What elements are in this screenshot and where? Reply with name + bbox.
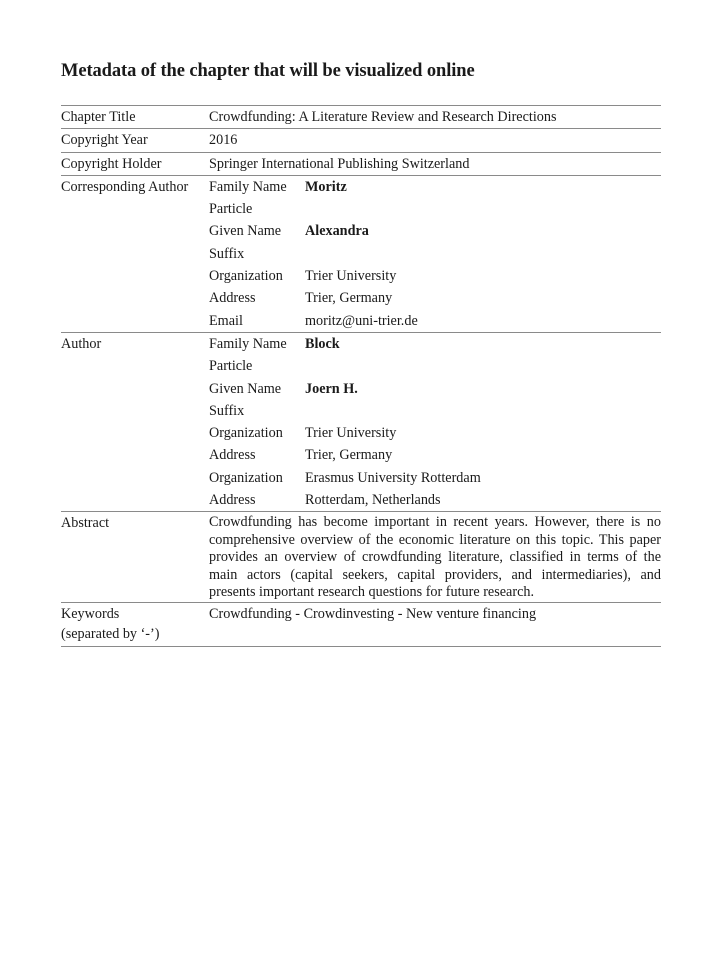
field-value	[305, 400, 661, 422]
field-key: Organization	[209, 422, 305, 444]
field-row: OrganizationTrier University	[209, 265, 661, 287]
row-corresponding-author: Corresponding Author Family NameMoritzPa…	[61, 175, 661, 332]
field-value: Rotterdam, Netherlands	[305, 489, 661, 511]
field-value: Trier University	[305, 265, 661, 287]
row-abstract: Abstract Crowdfunding has become importa…	[61, 511, 661, 602]
value-copyright-holder: Springer International Publishing Switze…	[209, 153, 661, 175]
field-key: Family Name	[209, 176, 305, 198]
field-key: Suffix	[209, 400, 305, 422]
label-keywords-line1: Keywords	[61, 604, 209, 624]
metadata-table: Chapter Title Crowdfunding: A Literature…	[61, 105, 661, 647]
field-value	[305, 355, 661, 377]
label-keywords: Keywords (separated by ‘-’)	[61, 603, 209, 646]
field-key: Email	[209, 310, 305, 332]
field-key: Organization	[209, 467, 305, 489]
field-value	[305, 198, 661, 220]
row-chapter-title: Chapter Title Crowdfunding: A Literature…	[61, 105, 661, 128]
value-chapter-title: Crowdfunding: A Literature Review and Re…	[209, 106, 661, 128]
field-key: Address	[209, 489, 305, 511]
label-abstract: Abstract	[61, 512, 209, 602]
field-row: OrganizationErasmus University Rotterdam	[209, 467, 661, 489]
author-fields: Family NameBlockParticleGiven NameJoern …	[209, 333, 661, 511]
field-row: OrganizationTrier University	[209, 422, 661, 444]
value-keywords: Crowdfunding - Crowdinvesting - New vent…	[209, 603, 661, 646]
label-copyright-year: Copyright Year	[61, 129, 209, 151]
field-row: Given NameAlexandra	[209, 220, 661, 242]
row-author: Author Family NameBlockParticleGiven Nam…	[61, 332, 661, 511]
field-value: Trier, Germany	[305, 287, 661, 309]
field-value: Moritz	[305, 176, 661, 198]
field-value: moritz@uni-trier.de	[305, 310, 661, 332]
field-row: Particle	[209, 198, 661, 220]
field-key: Address	[209, 287, 305, 309]
page-title: Metadata of the chapter that will be vis…	[61, 61, 475, 82]
label-copyright-holder: Copyright Holder	[61, 153, 209, 175]
field-value	[305, 243, 661, 265]
value-copyright-year: 2016	[209, 129, 661, 151]
field-key: Particle	[209, 355, 305, 377]
field-value: Block	[305, 333, 661, 355]
label-chapter-title: Chapter Title	[61, 106, 209, 128]
field-row: Given NameJoern H.	[209, 378, 661, 400]
label-keywords-line2: (separated by ‘-’)	[61, 624, 209, 644]
field-value: Erasmus University Rotterdam	[305, 467, 661, 489]
field-value: Trier University	[305, 422, 661, 444]
field-row: Family NameBlock	[209, 333, 661, 355]
field-row: AddressTrier, Germany	[209, 287, 661, 309]
field-row: AddressTrier, Germany	[209, 444, 661, 466]
label-author: Author	[61, 333, 209, 511]
field-key: Suffix	[209, 243, 305, 265]
row-copyright-holder: Copyright Holder Springer International …	[61, 152, 661, 175]
row-keywords: Keywords (separated by ‘-’) Crowdfunding…	[61, 602, 661, 647]
field-row: Family NameMoritz	[209, 176, 661, 198]
field-key: Organization	[209, 265, 305, 287]
field-row: Suffix	[209, 400, 661, 422]
field-value: Trier, Germany	[305, 444, 661, 466]
field-row: Suffix	[209, 243, 661, 265]
label-corresponding-author: Corresponding Author	[61, 176, 209, 332]
field-key: Particle	[209, 198, 305, 220]
corresponding-author-fields: Family NameMoritzParticleGiven NameAlexa…	[209, 176, 661, 332]
field-key: Given Name	[209, 220, 305, 242]
field-key: Family Name	[209, 333, 305, 355]
row-copyright-year: Copyright Year 2016	[61, 128, 661, 151]
field-value: Alexandra	[305, 220, 661, 242]
field-key: Address	[209, 444, 305, 466]
field-row: Particle	[209, 355, 661, 377]
field-key: Given Name	[209, 378, 305, 400]
field-value: Joern H.	[305, 378, 661, 400]
field-row: Emailmoritz@uni-trier.de	[209, 310, 661, 332]
value-abstract: Crowdfunding has become important in rec…	[209, 512, 661, 602]
field-row: AddressRotterdam, Netherlands	[209, 489, 661, 511]
